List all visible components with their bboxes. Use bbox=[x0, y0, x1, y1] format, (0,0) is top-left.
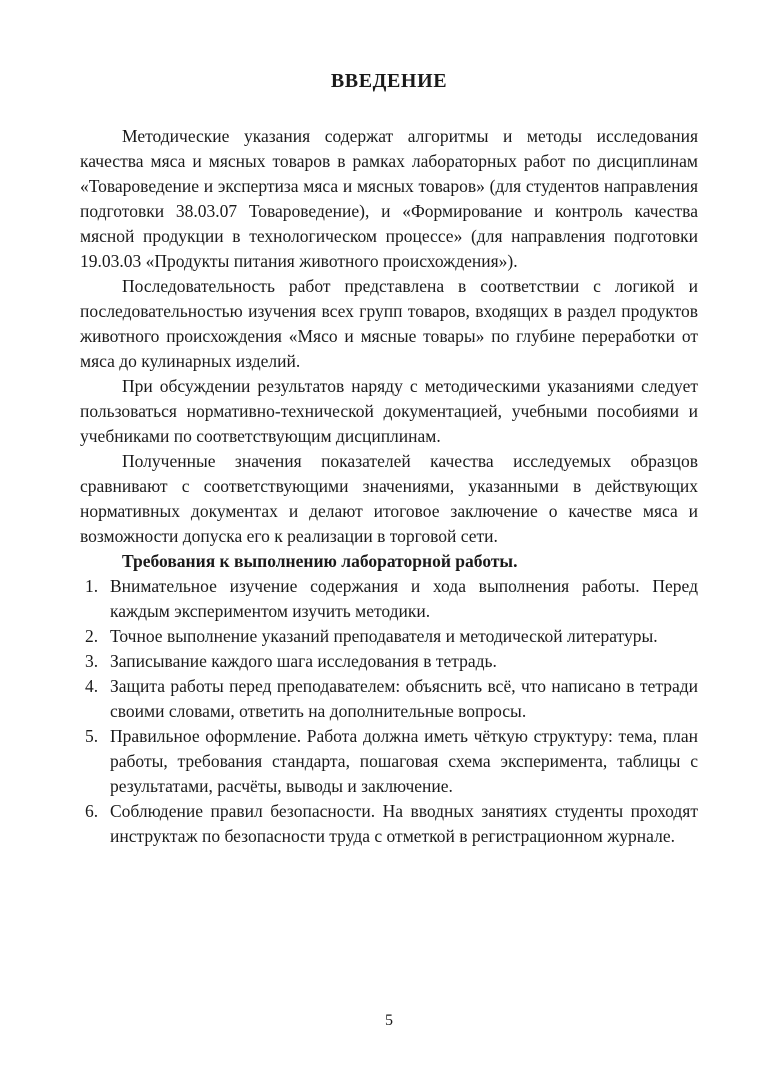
page-number: 5 bbox=[80, 1008, 698, 1033]
list-item-number: 6. bbox=[85, 799, 98, 824]
list-item-text: Точное выполнение указаний преподавателя… bbox=[110, 626, 658, 646]
list-item-number: 1. bbox=[85, 574, 98, 599]
page-title: ВВЕДЕНИЕ bbox=[80, 68, 698, 94]
list-item: 1. Внимательное изучение содержания и хо… bbox=[80, 574, 698, 624]
list-item-number: 3. bbox=[85, 649, 98, 674]
intro-paragraph-4: Полученные значения показателей качества… bbox=[80, 449, 698, 549]
list-item: 2. Точное выполнение указаний преподават… bbox=[80, 624, 698, 649]
list-item: 4. Защита работы перед преподавателем: о… bbox=[80, 674, 698, 724]
list-item-text: Записывание каждого шага исследования в … bbox=[110, 651, 497, 671]
list-item: 6. Соблюдение правил безопасности. На вв… bbox=[80, 799, 698, 849]
list-item-text: Внимательное изучение содержания и хода … bbox=[110, 576, 698, 621]
list-item-text: Правильное оформление. Работа должна име… bbox=[110, 726, 698, 796]
requirements-list: 1. Внимательное изучение содержания и хо… bbox=[80, 574, 698, 849]
intro-paragraph-2: Последовательность работ представлена в … bbox=[80, 274, 698, 374]
list-item-number: 4. bbox=[85, 674, 98, 699]
list-item-text: Защита работы перед преподавателем: объя… bbox=[110, 676, 698, 721]
list-item: 5. Правильное оформление. Работа должна … bbox=[80, 724, 698, 799]
intro-paragraph-1: Методические указания содержат алгоритмы… bbox=[80, 124, 698, 274]
list-item-number: 5. bbox=[85, 724, 98, 749]
intro-paragraph-3: При обсуждении результатов наряду с мето… bbox=[80, 374, 698, 449]
document-page: ВВЕДЕНИЕ Методические указания содержат … bbox=[0, 0, 764, 1080]
page-content: ВВЕДЕНИЕ Методические указания содержат … bbox=[80, 68, 698, 849]
section-heading: Требования к выполнению лабораторной раб… bbox=[80, 549, 698, 574]
list-item: 3. Записывание каждого шага исследования… bbox=[80, 649, 698, 674]
list-item-text: Соблюдение правил безопасности. На вводн… bbox=[110, 801, 698, 846]
list-item-number: 2. bbox=[85, 624, 98, 649]
